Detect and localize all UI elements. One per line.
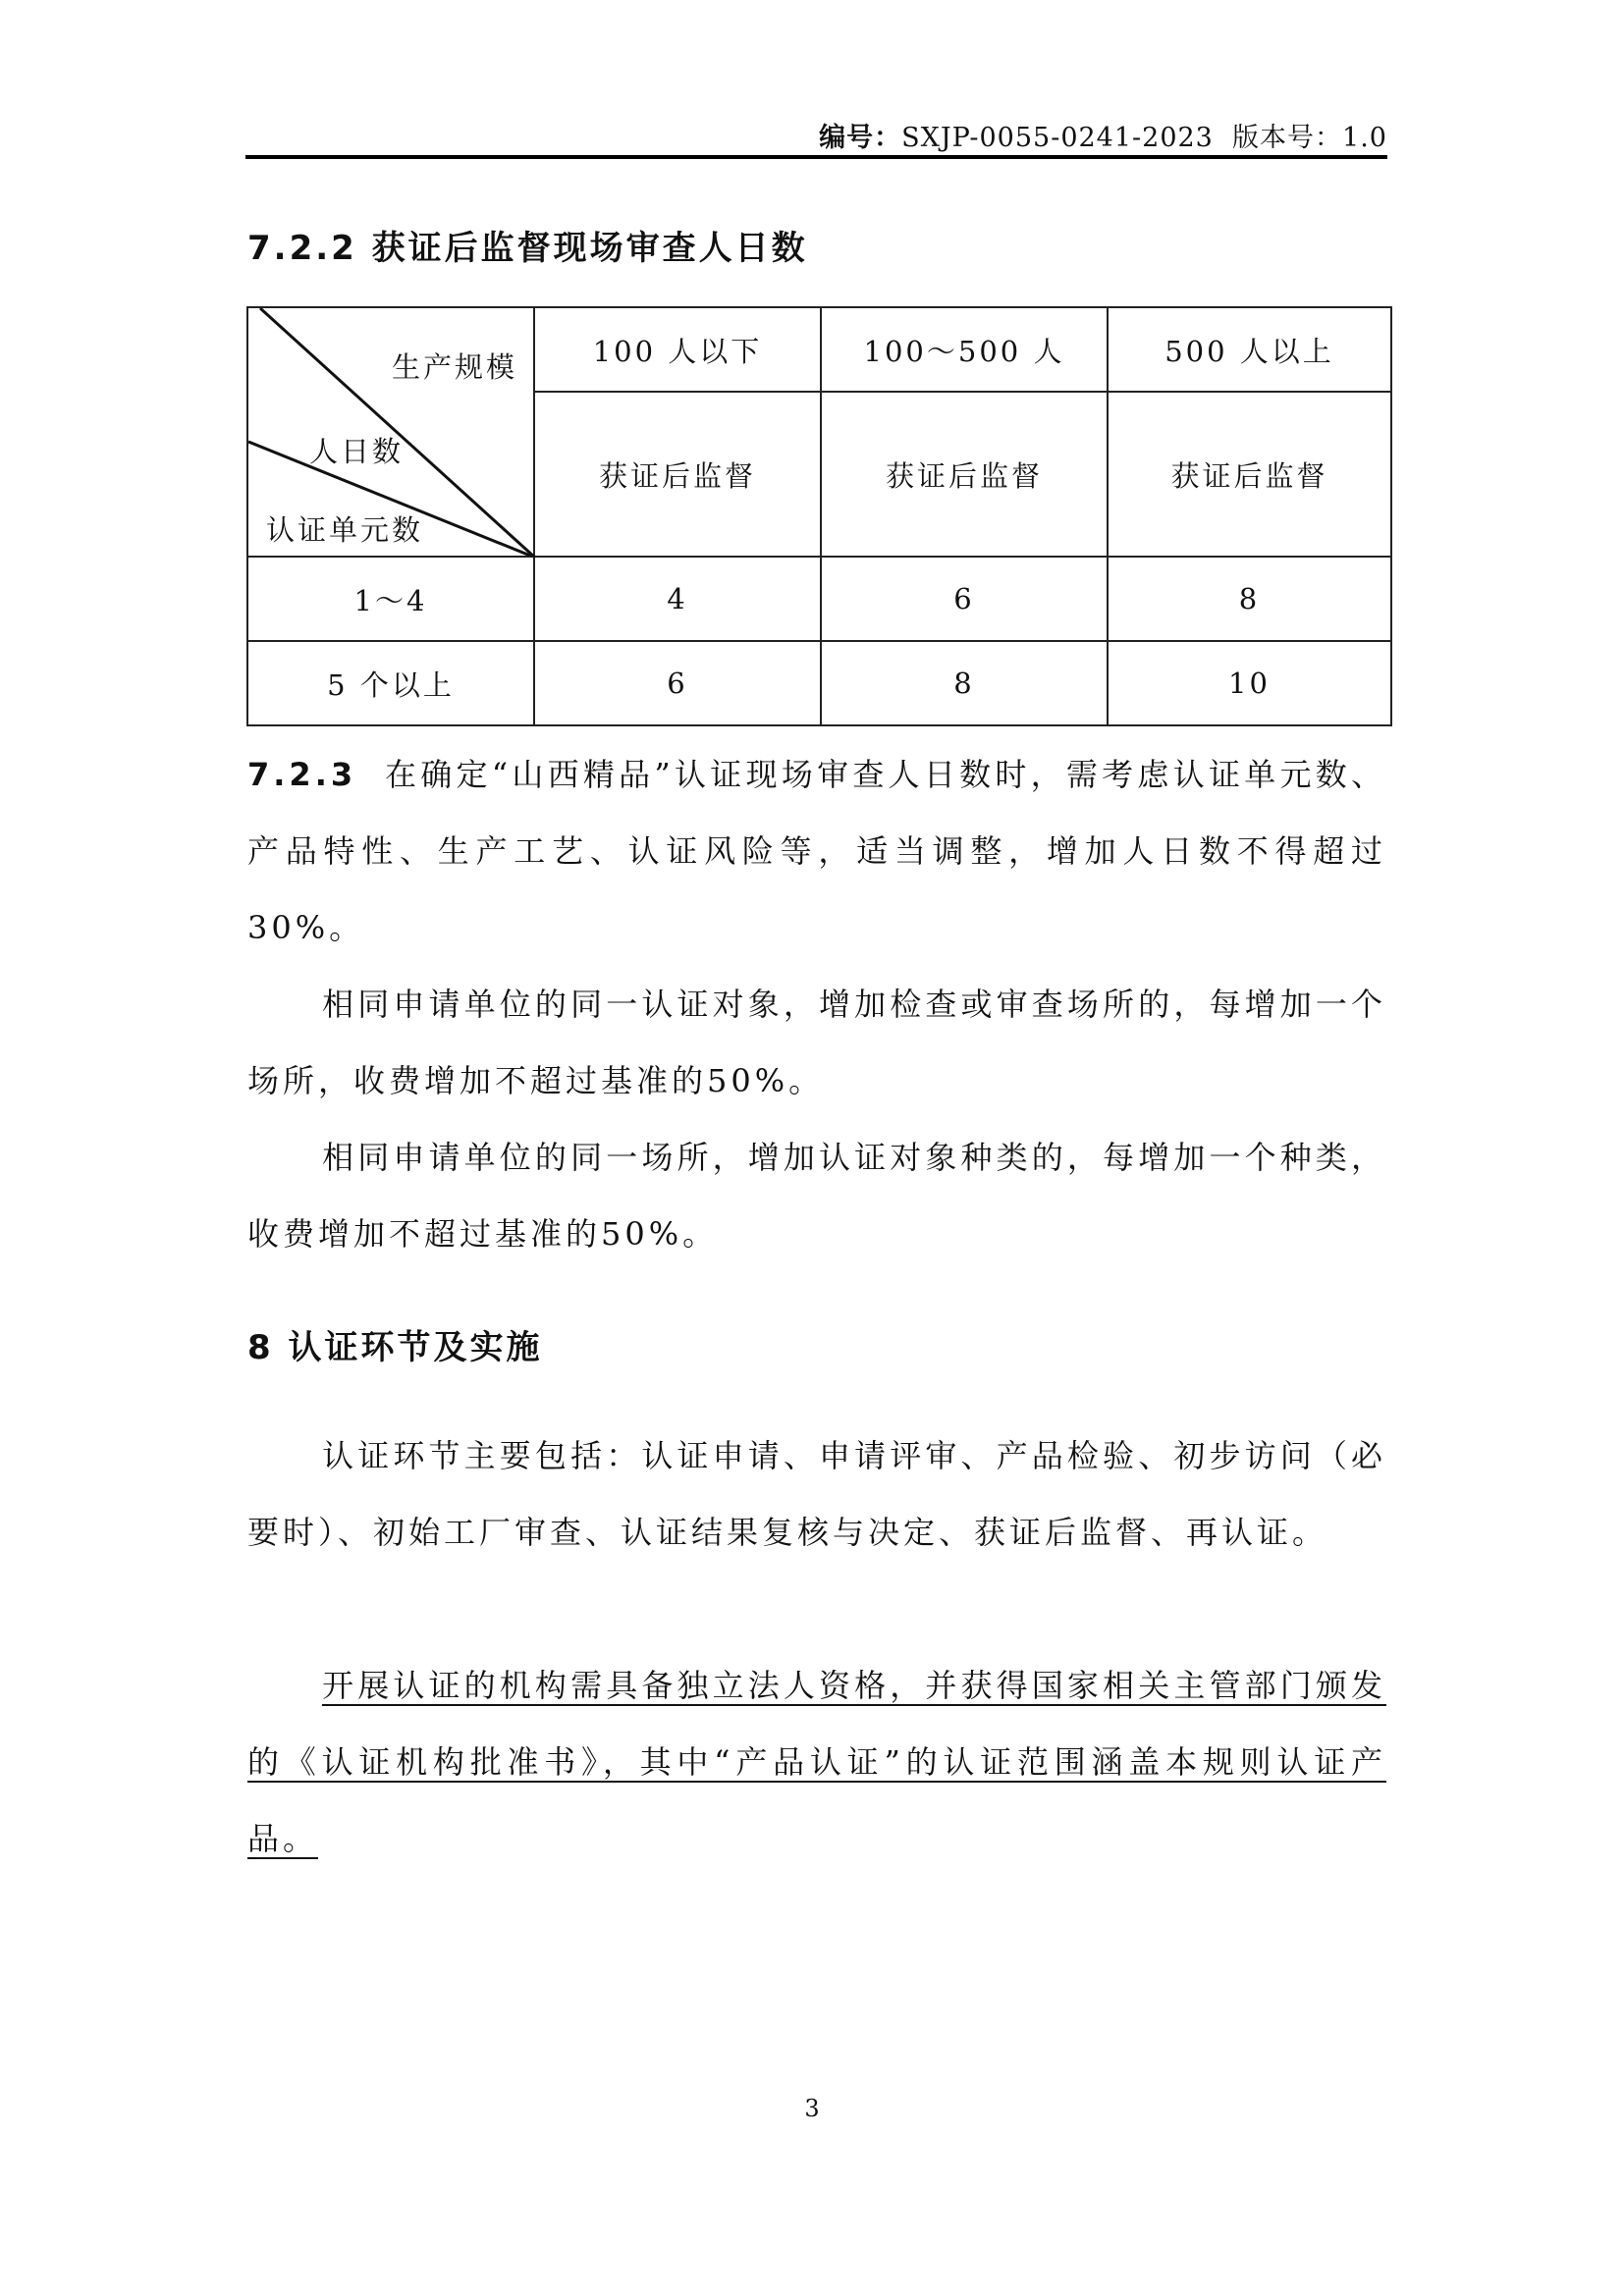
paragraph-text: 相同申请单位的同一认证对象，增加检查或审查场所的，每增加一个场所，收费增加不超过… (247, 986, 1386, 1099)
person-days-label: 人日数 (309, 430, 404, 470)
table-row: 5 个以上 6 8 10 (247, 641, 1391, 725)
cell-value: 4 (534, 557, 821, 641)
row-label: 1～4 (247, 557, 534, 641)
header-rule (245, 155, 1387, 159)
paragraph-text: 认证环节主要包括：认证申请、申请评审、产品检验、初步访问（必要时）、初始工厂审查… (247, 1437, 1386, 1551)
document-header: 编号：SXJP-0055-0241-2023 版本号：1.0 (245, 116, 1387, 154)
audit-days-table: 生产规模 人日数 认证单元数 100 人以下 100～500 人 500 人以上… (246, 306, 1392, 726)
col-header-1: 100 人以下 (534, 307, 821, 392)
underlined-text: 开展认证的机构需具备独立法人资格，并获得国家相关主管部门颁发的《认证机构批准书》… (247, 1667, 1386, 1857)
code-label: 编号： (819, 123, 901, 153)
paragraph-qualification: 开展认证的机构需具备独立法人资格，并获得国家相关主管部门颁发的《认证机构批准书》… (247, 1647, 1386, 1877)
clause-number: 7.2.3 (247, 756, 356, 793)
cell-value: 8 (1108, 557, 1391, 641)
table-row: 1～4 4 6 8 (247, 557, 1391, 641)
section-title-8: 8 认证环节及实施 (247, 1320, 543, 1368)
paragraph-types: 相同申请单位的同一场所，增加认证对象种类的，每增加一个种类，收费增加不超过基准的… (247, 1119, 1386, 1272)
scale-label: 生产规模 (392, 346, 517, 386)
cell-value: 6 (821, 557, 1108, 641)
version-label: 版本号： (1232, 123, 1342, 153)
version-number: 1.0 (1342, 123, 1387, 153)
cell-value: 6 (534, 641, 821, 725)
document-code: SXJP-0055-0241-2023 (901, 123, 1214, 153)
col-header-2: 100～500 人 (821, 307, 1108, 392)
sub-header-2: 获证后监督 (821, 392, 1108, 557)
row-label: 5 个以上 (247, 641, 534, 725)
sub-header-1: 获证后监督 (534, 392, 821, 557)
diagonal-header-cell: 生产规模 人日数 认证单元数 (247, 307, 534, 557)
paragraph-sites: 相同申请单位的同一认证对象，增加检查或审查场所的，每增加一个场所，收费增加不超过… (247, 966, 1386, 1119)
section-title-722: 7.2.2 获证后监督现场审查人日数 (247, 221, 808, 269)
sub-header-3: 获证后监督 (1108, 392, 1391, 557)
unit-count-label: 认证单元数 (266, 508, 423, 549)
cell-value: 10 (1108, 641, 1391, 725)
paragraph-text: 相同申请单位的同一场所，增加认证对象种类的，每增加一个种类，收费增加不超过基准的… (247, 1139, 1386, 1253)
paragraph-text: 在确定“山西精品”认证现场审查人日数时，需考虑认证单元数、产品特性、生产工艺、认… (247, 756, 1386, 946)
col-header-3: 500 人以上 (1108, 307, 1391, 392)
paragraph-723: 7.2.3 在确定“山西精品”认证现场审查人日数时，需考虑认证单元数、产品特性、… (247, 736, 1386, 966)
page-number: 3 (0, 2095, 1624, 2122)
paragraph-stages: 认证环节主要包括：认证申请、申请评审、产品检验、初步访问（必要时）、初始工厂审查… (247, 1417, 1386, 1571)
cell-value: 8 (821, 641, 1108, 725)
